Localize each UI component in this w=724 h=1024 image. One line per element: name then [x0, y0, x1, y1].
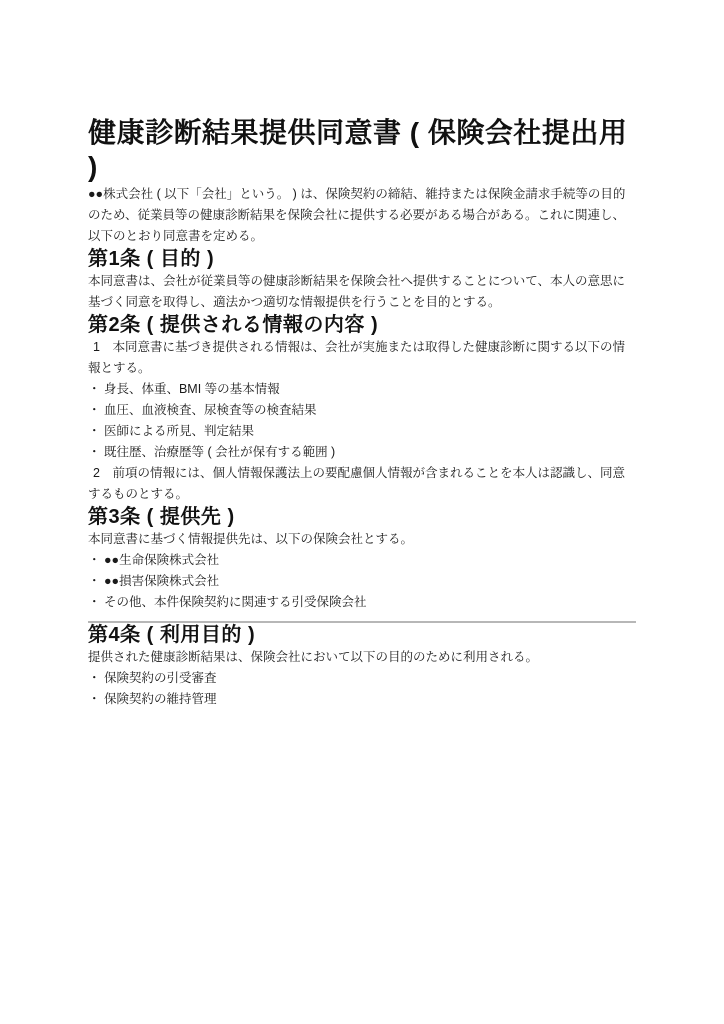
article-2-clause-1: 1 本同意書に基づき提供される情報は、会社が実施または取得した健康診断に関する以… [88, 337, 636, 379]
article-2-clause-2: 2 前項の情報には、個人情報保護法上の要配慮個人情報が含まれることを本人は認識し… [88, 463, 636, 505]
article-2: 第2条 ( 提供される情報の内容 ) 1 本同意書に基づき提供される情報は、会社… [88, 313, 636, 505]
article-3: 第3条 ( 提供先 ) 本同意書に基づく情報提供先は、以下の保険会社とする。 ・… [88, 505, 636, 613]
article-4-bullet-list: ・ 保険契約の引受審査 ・ 保険契約の維持管理 [88, 668, 636, 710]
article-3-body: 本同意書に基づく情報提供先は、以下の保険会社とする。 [88, 529, 636, 550]
article-4-heading: 第4条 ( 利用目的 ) [88, 623, 636, 647]
article-4-body: 提供された健康診断結果は、保険会社において以下の目的のために利用される。 [88, 647, 636, 668]
article-4: 第4条 ( 利用目的 ) 提供された健康診断結果は、保険会社において以下の目的の… [88, 623, 636, 710]
article-1: 第1条 ( 目的 ) 本同意書は、会社が従業員等の健康診断結果を保険会社へ提供す… [88, 247, 636, 313]
article-1-heading: 第1条 ( 目的 ) [88, 247, 636, 271]
article-1-body: 本同意書は、会社が従業員等の健康診断結果を保険会社へ提供することについて、本人の… [88, 271, 636, 313]
article-3-heading: 第3条 ( 提供先 ) [88, 505, 636, 529]
list-item: ・ 既往歴、治療歴等 ( 会社が保有する範囲 ) [88, 442, 636, 463]
list-item: ・ 保険契約の引受審査 [88, 668, 636, 689]
list-item: ・ 保険契約の維持管理 [88, 689, 636, 710]
list-item: ・ その他、本件保険契約に関連する引受保険会社 [88, 592, 636, 613]
list-item: ・ 身長、体重、BMI 等の基本情報 [88, 379, 636, 400]
article-2-bullet-list: ・ 身長、体重、BMI 等の基本情報 ・ 血圧、血液検査、尿検査等の検査結果 ・… [88, 379, 636, 463]
list-item: ・ ●●生命保険株式会社 [88, 550, 636, 571]
article-2-heading: 第2条 ( 提供される情報の内容 ) [88, 313, 636, 337]
document-title: 健康診断結果提供同意書 ( 保険会社提出用 ) [88, 116, 636, 184]
document-page: 健康診断結果提供同意書 ( 保険会社提出用 ) ●●株式会社 ( 以下「会社」と… [0, 0, 724, 1024]
list-item: ・ 医師による所見、判定結果 [88, 421, 636, 442]
list-item: ・ 血圧、血液検査、尿検査等の検査結果 [88, 400, 636, 421]
list-item: ・ ●●損害保険株式会社 [88, 571, 636, 592]
article-3-bullet-list: ・ ●●生命保険株式会社 ・ ●●損害保険株式会社 ・ その他、本件保険契約に関… [88, 550, 636, 613]
intro-paragraph: ●●株式会社 ( 以下「会社」という。 ) は、保険契約の締結、維持または保険金… [88, 184, 636, 247]
